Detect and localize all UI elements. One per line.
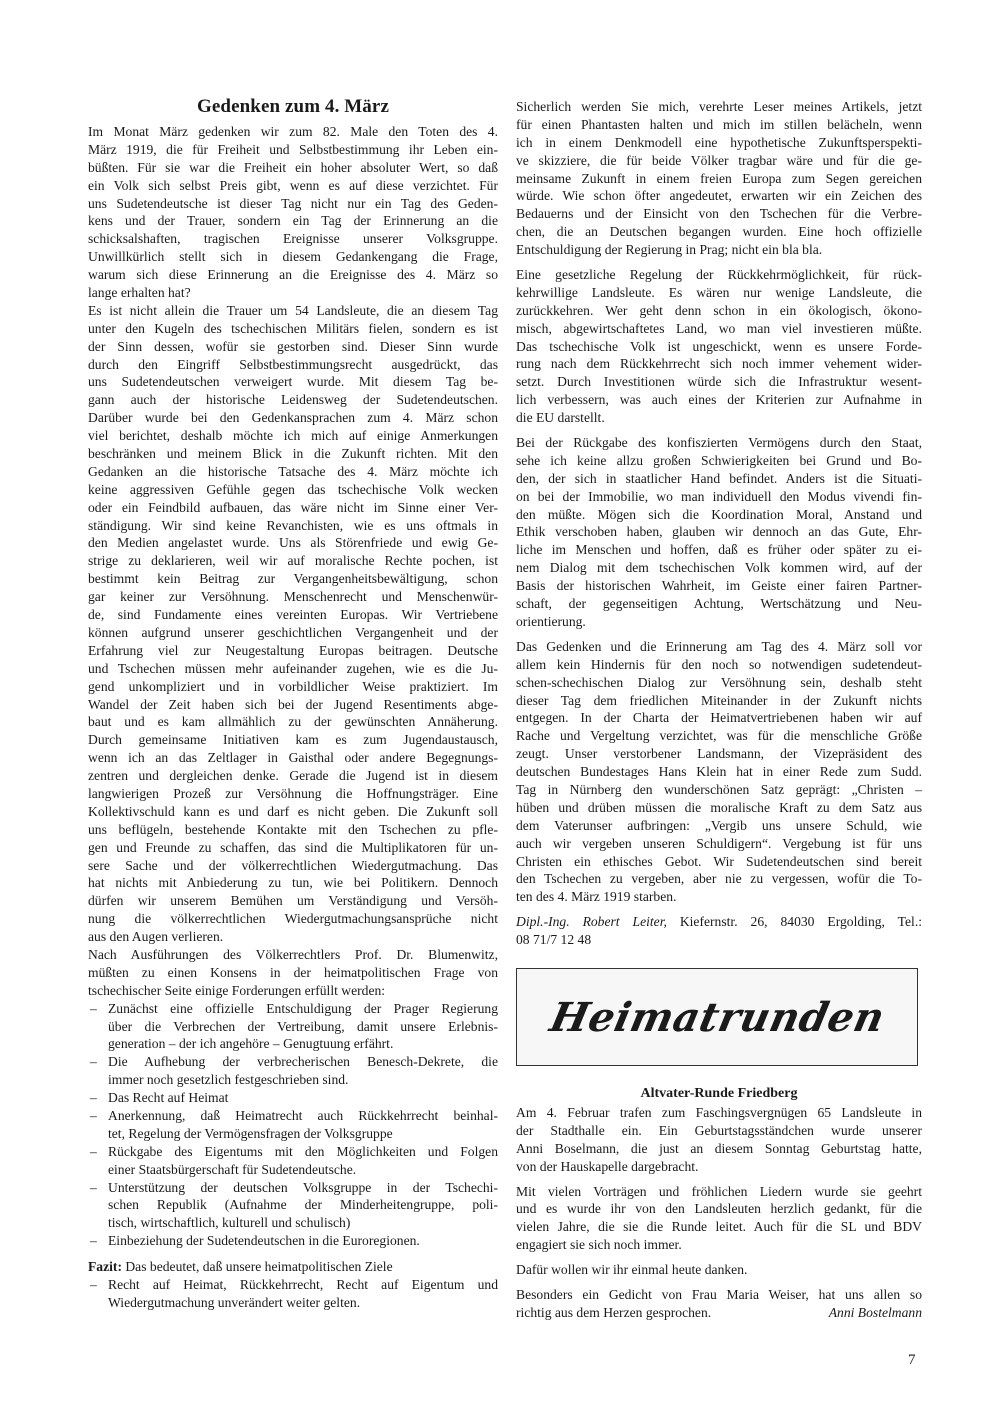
- text-line: rung nach dem Rückkehrrecht sich noch im…: [516, 355, 922, 373]
- paragraph: Mit vielen Vorträgen und fröhlichen Lied…: [516, 1183, 922, 1255]
- report-title: Altvater-Runde Friedberg: [516, 1086, 922, 1102]
- text-line: kens und der Trauer, sondern ein Tag der…: [88, 212, 498, 230]
- text-line: oder ein Feindbild aufbauen, das wäre ni…: [88, 499, 498, 517]
- text-line: baut und es kam allmählich zu der gewüns…: [88, 713, 498, 731]
- text-line: ich in einem Denkmodell eine hypothetisc…: [516, 134, 922, 152]
- report-body: Am 4. Februar trafen zum Faschingsvergnü…: [516, 1104, 922, 1322]
- text-line: und es wurde ihr von den Landsleuten her…: [516, 1200, 922, 1218]
- paragraph: Dafür wollen wir ihr einmal heute danken…: [516, 1261, 922, 1279]
- text-line: dürfen wir unserem Bemühen um Verständig…: [88, 892, 498, 910]
- list-item: –Anerkennung, daß Heimatrecht auch Rückk…: [88, 1107, 498, 1143]
- text-line: zentren und dergleichen denke. Gerade di…: [88, 767, 498, 785]
- text-line: Zunächst eine offizielle Entschuldigung …: [108, 1000, 498, 1018]
- text-line: allem kein Hindernis für den noch so not…: [516, 656, 922, 674]
- right-column: Sicherlich werden Sie mich, verehrte Les…: [516, 98, 922, 949]
- text-line: ten des 4. März 1919 starben.: [516, 888, 922, 906]
- author-line: Dipl.-Ing. Robert Leiter, Kiefernstr. 26…: [516, 913, 922, 949]
- text-line: setzt. Durch Investitionen würde sich di…: [516, 373, 922, 391]
- text-line: Entschuldigung der Regierung in Prag; ni…: [516, 241, 922, 259]
- list-item: –Unterstützung der deutschen Volksgruppe…: [88, 1179, 498, 1233]
- paragraph: Bei der Rückgabe des konfiszierten Vermö…: [516, 434, 922, 631]
- left-column: Im Monat März gedenken wir zum 82. Male …: [88, 123, 498, 1312]
- text-line: vielen Jahre, die sie die Runde leitet. …: [516, 1218, 922, 1236]
- text-line: Unterstützung der deutschen Volksgruppe …: [108, 1179, 498, 1197]
- text-line: lange erhalten hat?: [88, 284, 498, 302]
- text-line: zurückkehren. Wer geht denn schon in ein…: [516, 302, 922, 320]
- text-line: Tag in Nürnberg den wunderschönen Satz g…: [516, 781, 922, 799]
- text-line: der Stadthalle ein. Ein Geburtstagsständ…: [516, 1122, 922, 1140]
- text-line: müßten zu einen Konsens in der heimatpol…: [88, 964, 498, 982]
- text-line: deutschen Bundestages Hans Klein hat in …: [516, 763, 922, 781]
- text-line: Das Recht auf Heimat: [108, 1089, 498, 1107]
- text-line: Rache und Vergeltung verzichtet, was für…: [516, 727, 922, 745]
- list-item: –Rückgabe des Eigentums mit den Möglichk…: [88, 1143, 498, 1179]
- dash-bullet-icon: –: [90, 1000, 97, 1018]
- text-line: ein Volk sich selbst Preis gibt, wenn es…: [88, 177, 498, 195]
- text-line: aus den Augen verlieren.: [88, 928, 498, 946]
- text-line: chen, die an Deutschen begangen wurden. …: [516, 223, 922, 241]
- text-line: uns beflügeln, bestehende Kontakte mit d…: [88, 821, 498, 839]
- text-line: uns Sudetendeutschen verweigert wurde. M…: [88, 373, 498, 391]
- text-line: können aufgrund unserer geschichtlichen …: [88, 624, 498, 642]
- dash-bullet-icon: –: [90, 1143, 97, 1161]
- text-line: den, der sich in staatlicher Hand befind…: [516, 470, 922, 488]
- text-line: gann auch der historische Leidensweg der…: [88, 391, 498, 409]
- text-line: Bei der Rückgabe des konfiszierten Vermö…: [516, 434, 922, 452]
- dash-bullet-icon: –: [90, 1232, 97, 1250]
- text-line: Kollektivschuld kann es und darf es nich…: [88, 803, 498, 821]
- paragraph: Nach Ausführungen des Völkerrechtlers Pr…: [88, 946, 498, 1000]
- text-line: generation – der ich angehöre – Genugtuu…: [108, 1035, 498, 1053]
- text-line: Im Monat März gedenken wir zum 82. Male …: [88, 123, 498, 141]
- text-line: Anerkennung, daß Heimatrecht auch Rückke…: [108, 1107, 498, 1125]
- dash-bullet-icon: –: [90, 1089, 97, 1107]
- fazit: Fazit: Das bedeutet, daß unsere heimatpo…: [88, 1258, 498, 1276]
- text-line: richtig aus dem Herzen gesprochen.Anni B…: [516, 1304, 922, 1322]
- list-item: –Die Aufhebung der verbrecherischen Bene…: [88, 1053, 498, 1089]
- text-line: schicksalshaften, tragischen Ereignisse …: [88, 230, 498, 248]
- text-line: Die Aufhebung der verbrecherischen Benes…: [108, 1053, 498, 1071]
- text-line: warum sich diese Erinnerung an die Ereig…: [88, 266, 498, 284]
- text-line: gar keiner zur Versöhnung. Menschenrecht…: [88, 588, 498, 606]
- text-line: beschränken und meinem Blick in die Zuku…: [88, 445, 498, 463]
- text-line: Bedauerns und der Einsicht von den Tsche…: [516, 205, 922, 223]
- text-line: ständigung. Wir sind keine Revanchisten,…: [88, 517, 498, 535]
- author-address-line: Dipl.-Ing. Robert Leiter, Kiefernstr. 26…: [516, 913, 922, 931]
- text-line: tisch, wirtschaftlich, kulturell und sch…: [108, 1214, 498, 1232]
- section-banner-label: Heimatrunden: [546, 994, 889, 1041]
- text-line: hüben und drüben müssen die moralische K…: [516, 799, 922, 817]
- text-line: ve skizziere, die für beide Völker tragb…: [516, 152, 922, 170]
- text-line: liche im Menschen und hoffen, daß es frü…: [516, 541, 922, 559]
- text-line: März 1919, die für Freiheit und Selbstbe…: [88, 141, 498, 159]
- text-line: dieser Tag dem friedlichen Miteinander i…: [516, 692, 922, 710]
- text-line: zeugt. Unser verstorbener Landsmann, der…: [516, 745, 922, 763]
- text-line: Gedanken an die historische Tatsache des…: [88, 463, 498, 481]
- fazit-line: Fazit: Das bedeutet, daß unsere heimatpo…: [88, 1258, 498, 1276]
- text-line: langwierigen Prozeß zur Versöhnung die H…: [88, 785, 498, 803]
- text-line: orientierung.: [516, 613, 922, 631]
- text-line: sehe ich keine allzu großen Schwierigkei…: [516, 452, 922, 470]
- dash-bullet-icon: –: [90, 1179, 97, 1197]
- text-line: Basis der historischen Wahrheit, im Geis…: [516, 577, 922, 595]
- text-line: Anni Boselmann, die just an diesem Sonnt…: [516, 1140, 922, 1158]
- paragraph: Sicherlich werden Sie mich, verehrte Les…: [516, 98, 922, 259]
- text-line: die EU darstellt.: [516, 409, 922, 427]
- text-line: Dafür wollen wir ihr einmal heute danken…: [516, 1261, 922, 1279]
- list-item: –Zunächst eine offizielle Entschuldigung…: [88, 1000, 498, 1054]
- page-number: 7: [908, 1352, 916, 1369]
- paragraph: Im Monat März gedenken wir zum 82. Male …: [88, 123, 498, 302]
- fazit-label: Fazit:: [88, 1259, 122, 1274]
- list-item: –Recht auf Heimat, Rückkehrrecht, Recht …: [88, 1276, 498, 1312]
- text-line: Nach Ausführungen des Völkerrechtlers Pr…: [88, 946, 498, 964]
- text-line: für einen Phantasten halten und mich im …: [516, 116, 922, 134]
- text-line: gend unkompliziert und in vorbildlicher …: [88, 678, 498, 696]
- text-line: meinsame Zukunft in einem freien Europa …: [516, 170, 922, 188]
- text-line: dem Vaterunser aufbringen: „Vergib uns u…: [516, 817, 922, 835]
- fazit-text: Das bedeutet, daß unsere heimatpolitisch…: [122, 1259, 393, 1274]
- text-line: wenn ich an das Zeltlager in Gaisthal od…: [88, 749, 498, 767]
- text-line: über die Verbrechen der Vertreibung, dam…: [108, 1018, 498, 1036]
- text-line: schen Republik (Aufnahme der Minderheite…: [108, 1196, 498, 1214]
- text-line: bestimmt kein Beitrag zur Vergangenheits…: [88, 570, 498, 588]
- text-line: würde. Wie schon öfter angedeutet, erwar…: [516, 187, 922, 205]
- text-line: durch den Eingriff Selbstbestimmungsrech…: [88, 356, 498, 374]
- paragraph: Eine gesetzliche Regelung der Rückkehrmö…: [516, 266, 922, 427]
- text-line: nung die völkerrechtlichen Wiedergutmach…: [88, 910, 498, 928]
- text-line: Wandel der Zeit haben sich bei der Jugen…: [88, 696, 498, 714]
- text-line: viel berichtet, deshalb möchte ich mich …: [88, 427, 498, 445]
- text-line: sere Sache und der völkerrechtlichen Wie…: [88, 857, 498, 875]
- text-line: engagiert sie sich noch immer.: [516, 1236, 922, 1254]
- text-line: Wiedergutmachung unverändert weiter gelt…: [108, 1294, 498, 1312]
- section-banner: Heimatrunden: [516, 968, 918, 1066]
- author-address: Kiefernstr. 26, 84030 Ergolding, Tel.:: [667, 914, 922, 929]
- text-line: immer noch gesetzlich festgeschrieben si…: [108, 1071, 498, 1089]
- paragraph: Am 4. Februar trafen zum Faschingsvergnü…: [516, 1104, 922, 1176]
- text-line: den Tschechen zu vergeben, aber nie zu v…: [516, 870, 922, 888]
- paragraph: Besonders ein Gedicht von Frau Maria Wei…: [516, 1286, 922, 1322]
- text-line: von der Hauskapelle dargebracht.: [516, 1158, 922, 1176]
- text-line: Das Gedenken und die Erinnerung am Tag d…: [516, 638, 922, 656]
- text-line: Rückgabe des Eigentums mit den Möglichke…: [108, 1143, 498, 1161]
- report-signature: Anni Bostelmann: [829, 1304, 922, 1322]
- text-line: uns Sudetendeutsche ist dieser Tag nicht…: [88, 195, 498, 213]
- text-line: on bei der Immobilie, wo man individuell…: [516, 488, 922, 506]
- text-line: misch, abgewirtschaftetes Land, wo man v…: [516, 320, 922, 338]
- text-line: büßten. Für sie war die Freiheit ein hoh…: [88, 159, 498, 177]
- text-line: Erfahrung viel zur Neugestaltung Europas…: [88, 642, 498, 660]
- text-line: kehrwillige Landsleute. Es wären nur wen…: [516, 284, 922, 302]
- text-line: der Sinn dessen, wofür sie gestorben sin…: [88, 338, 498, 356]
- text-line: lich verbessern, was auch eines der Krit…: [516, 391, 922, 409]
- dash-bullet-icon: –: [90, 1053, 97, 1071]
- text-line: Das tschechische Volk ist ungeschickt, w…: [516, 338, 922, 356]
- author-phone: 08 71/7 12 48: [516, 931, 922, 949]
- text-line: schen-schechischen Dialog zur Versöhnung…: [516, 674, 922, 692]
- text-line: hat nichts mit Anbiederung zu tun, wie b…: [88, 874, 498, 892]
- text-line: auch wir vergeben unseren Schuldigern“. …: [516, 835, 922, 853]
- dash-bullet-icon: –: [90, 1276, 97, 1294]
- list-item: –Das Recht auf Heimat: [88, 1089, 498, 1107]
- text-line: nem Dialog mit dem tschechischen Volk ko…: [516, 559, 922, 577]
- text-line: Mit vielen Vorträgen und fröhlichen Lied…: [516, 1183, 922, 1201]
- text-line: und Tschechen müssen mehr aufeinander zu…: [88, 660, 498, 678]
- text-line: Besonders ein Gedicht von Frau Maria Wei…: [516, 1286, 922, 1304]
- article-title: Gedenken zum 4. März: [88, 96, 498, 118]
- text-line: de, sind Fundamente eines vereinten Euro…: [88, 606, 498, 624]
- text-line: Eine gesetzliche Regelung der Rückkehrmö…: [516, 266, 922, 284]
- text-line: Christen ein ethisches Gebot. Wir Sudete…: [516, 853, 922, 871]
- text-line: Sicherlich werden Sie mich, verehrte Les…: [516, 98, 922, 116]
- text-line: entgegen. In der Charta der Heimatvertri…: [516, 709, 922, 727]
- text-line: gen und Freunde zu schaffen, das sind di…: [88, 839, 498, 857]
- text-line: strige zu deklarieren, weil wir auf mora…: [88, 552, 498, 570]
- text-line: Durch gemeinsame Initiativen kam es zum …: [88, 731, 498, 749]
- text-line: einer Staatsbürgerschaft für Sudetendeut…: [108, 1161, 498, 1179]
- text-line: Recht auf Heimat, Rückkehrrecht, Recht a…: [108, 1276, 498, 1294]
- list-item: –Einbeziehung der Sudetendeutschen in di…: [88, 1232, 498, 1250]
- text-line: Am 4. Februar trafen zum Faschingsvergnü…: [516, 1104, 922, 1122]
- text-line: Unwillkürlich stellt sich in diesem Geda…: [88, 248, 498, 266]
- text-line: unter den Kugeln des tschechischen Milit…: [88, 320, 498, 338]
- paragraph: Es ist nicht allein die Trauer um 54 Lan…: [88, 302, 498, 946]
- text-line: schaft, der gegenseitigen Achtung, Werts…: [516, 595, 922, 613]
- text-line: tet, Regelung der Vermögensfragen der Vo…: [108, 1125, 498, 1143]
- text-line: keine aggressiven Gefühle gegen das tsch…: [88, 481, 498, 499]
- text-line: den Medien angelastet wurde. Uns als Stö…: [88, 534, 498, 552]
- text-line: Einbeziehung der Sudetendeutschen in die…: [108, 1232, 498, 1250]
- text-line: Ethik verschoben haben, glauben wir denn…: [516, 523, 922, 541]
- dash-bullet-icon: –: [90, 1107, 97, 1125]
- text-line: Darüber wurde bei den Gedenkansprachen z…: [88, 409, 498, 427]
- paragraph: Das Gedenken und die Erinnerung am Tag d…: [516, 638, 922, 906]
- text-line: Es ist nicht allein die Trauer um 54 Lan…: [88, 302, 498, 320]
- text-line: den müßte. Mögen sich die Koordination M…: [516, 506, 922, 524]
- author-name: Dipl.-Ing. Robert Leiter,: [516, 914, 667, 929]
- text-line: tschechischer Seite einige Forderungen e…: [88, 982, 498, 1000]
